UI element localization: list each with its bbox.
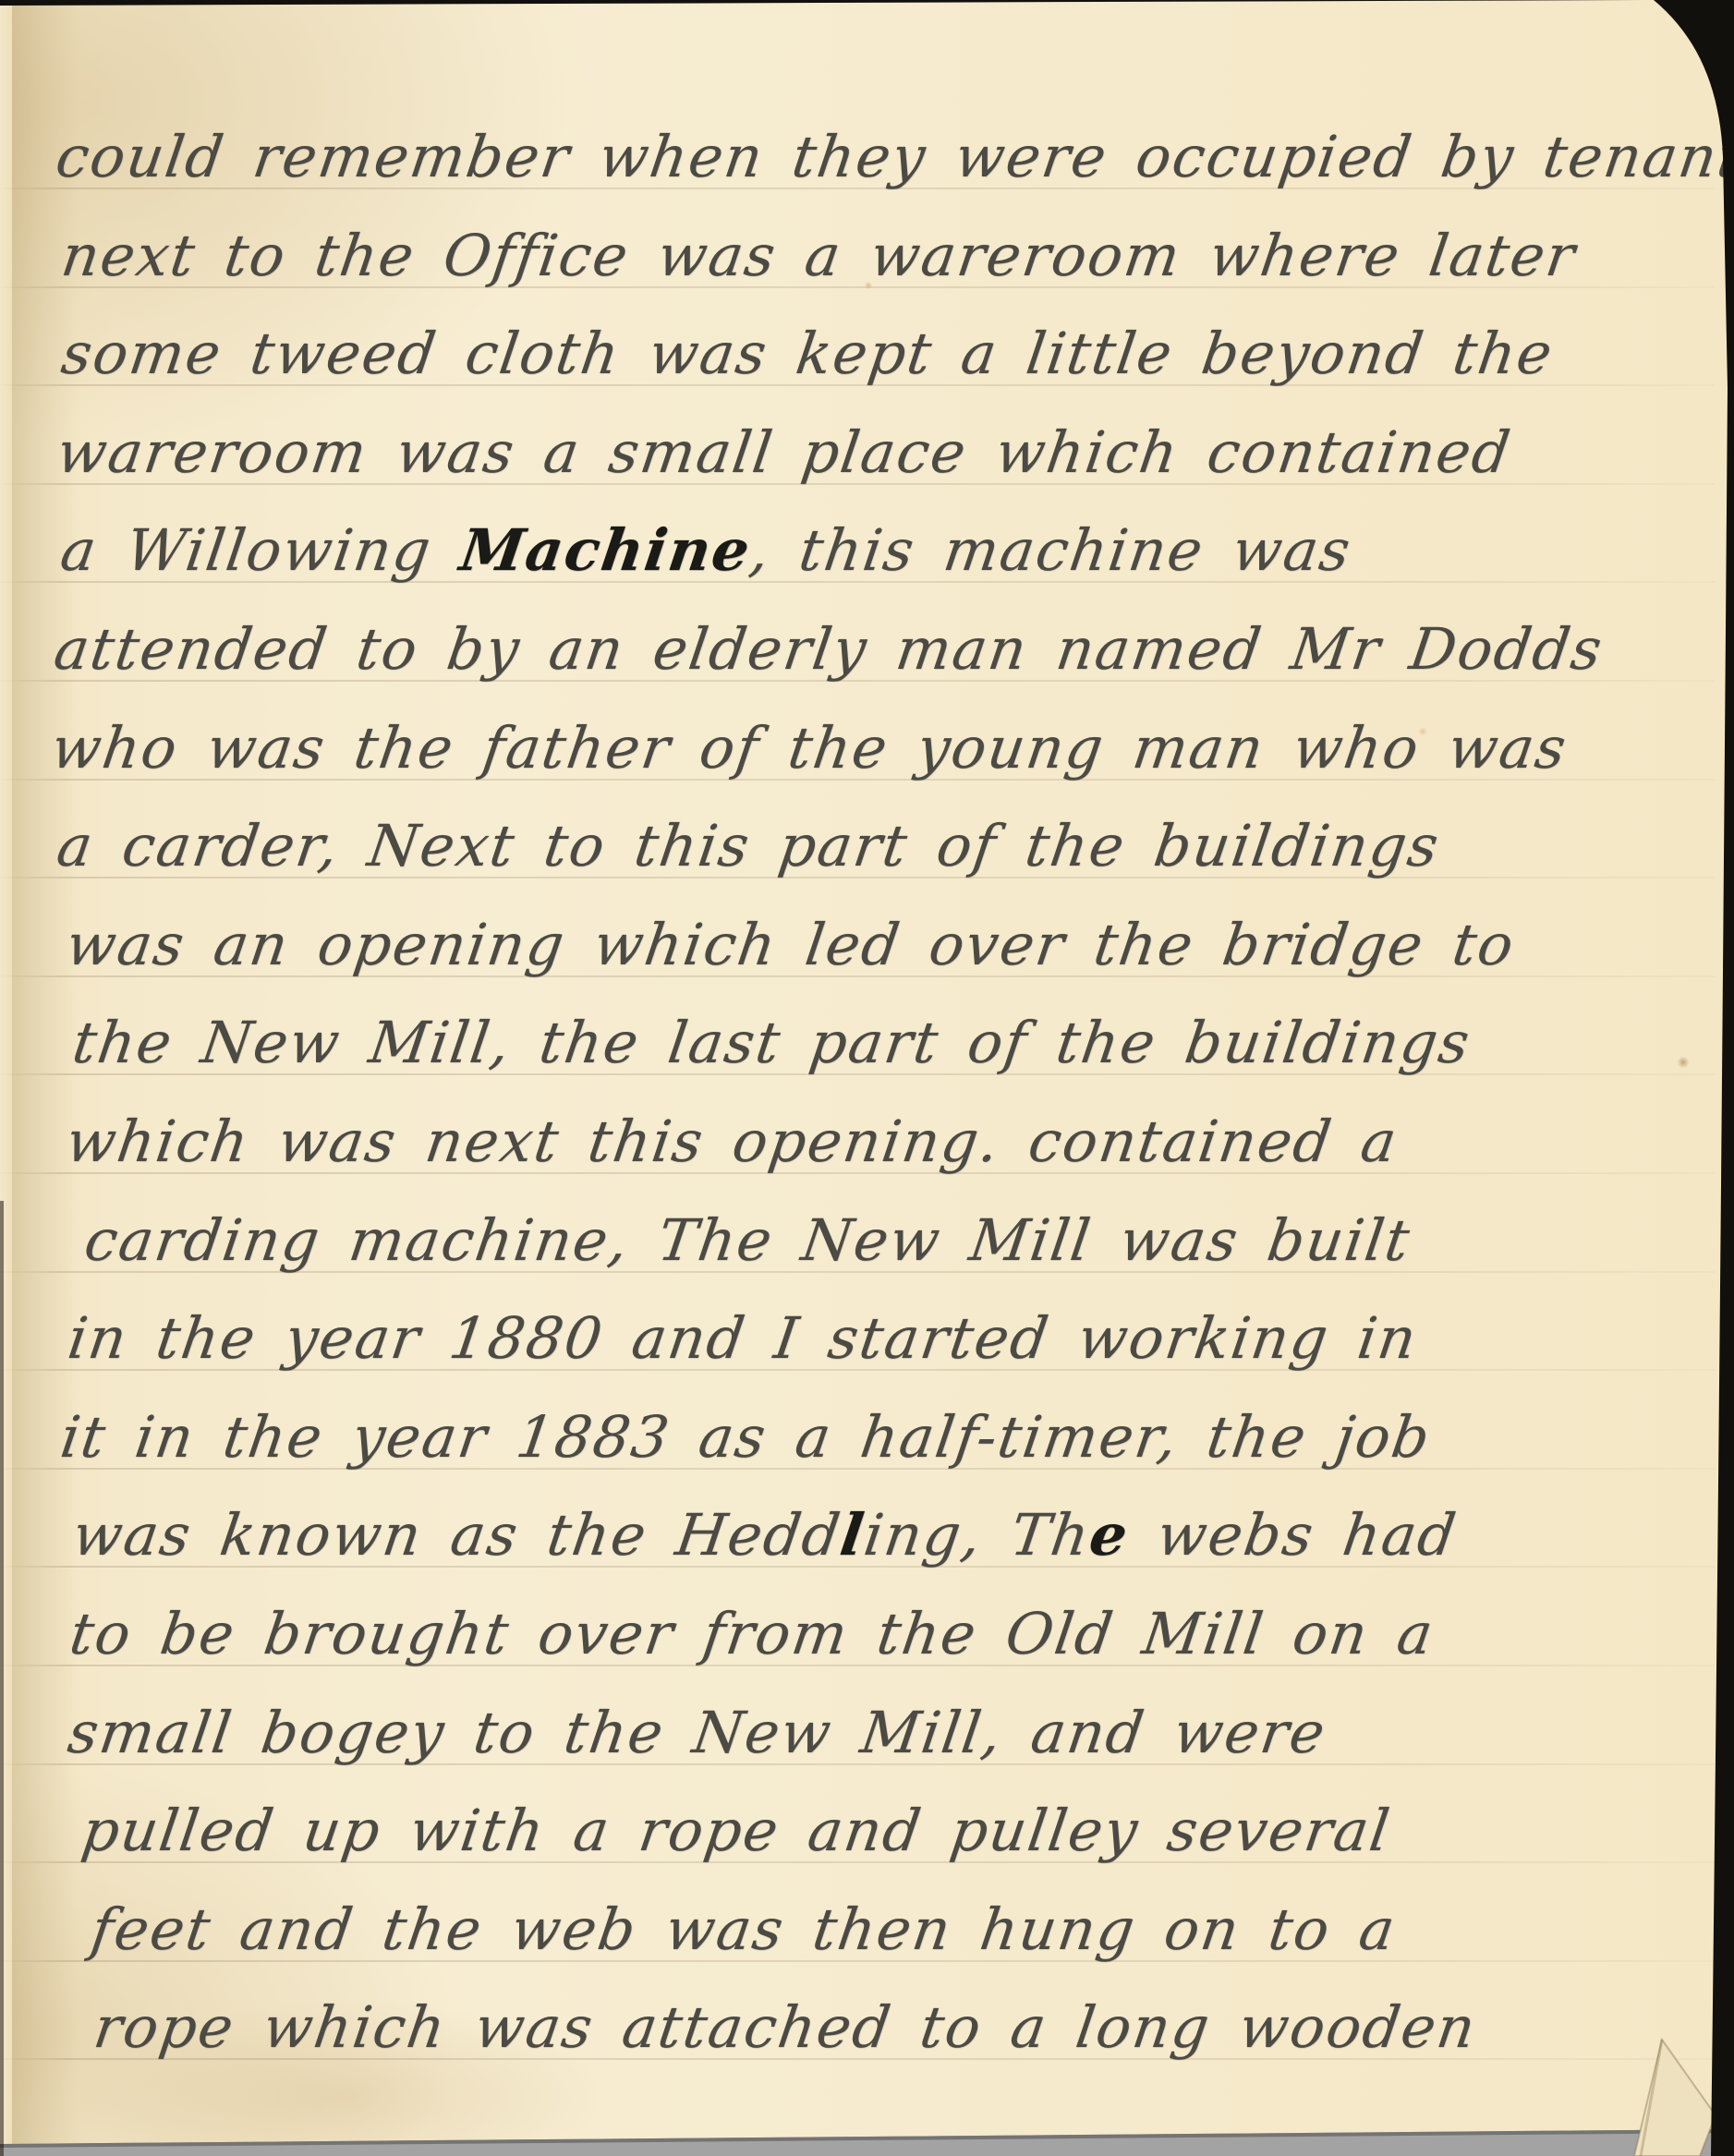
- handwritten-line: which was next this opening. contained a: [63, 1113, 1401, 1170]
- handwritten-line: wareroom was a small place which contain…: [54, 424, 1515, 481]
- handwritten-text: was known as the Hedd: [68, 1501, 845, 1569]
- handwritten-text: was an opening which led over the bridge…: [62, 911, 1519, 978]
- handwritten-line: was known as the Heddling, The webs had: [69, 1507, 1461, 1564]
- handwritten-line: attended to by an elderly man named Mr D…: [51, 621, 1607, 678]
- handwritten-text: a Willowing: [56, 516, 466, 584]
- handwritten-text: a carder, Next to this part of the build…: [53, 812, 1444, 879]
- handwritten-line: some tweed cloth was kept a little beyon…: [58, 325, 1557, 382]
- scanned-notebook-page: could remember when they were occupied b…: [0, 0, 1734, 2156]
- handwritten-text: could remember when they were occupied b…: [52, 123, 1734, 190]
- handwritten-line: a Willowing Machine, this machine was: [57, 522, 1355, 579]
- handwritten-text: in the year 1880 and I started working i…: [64, 1304, 1422, 1372]
- handwritten-line: could remember when they were occupied b…: [53, 128, 1734, 186]
- manuscript-text: could remember when they were occupied b…: [0, 0, 1734, 2156]
- handwritten-line: small bogey to the New Mill, and were: [65, 1704, 1329, 1762]
- handwritten-line: rope which was attached to a long wooden: [91, 1999, 1480, 2056]
- handwritten-text: carding machine, The New Mill was built: [80, 1206, 1415, 1274]
- handwritten-line: was an opening which led over the bridge…: [63, 916, 1519, 974]
- handwritten-text: ing, Th: [860, 1501, 1095, 1569]
- handwritten-line: feet and the web was then hung on to a: [88, 1901, 1400, 1958]
- handwritten-text: wareroom was a small place which contain…: [53, 418, 1515, 486]
- handwritten-text: rope which was attached to a long wooden: [90, 1993, 1481, 2061]
- handwritten-line: pulled up with a rope and pulley several: [79, 1802, 1394, 1859]
- handwritten-line: in the year 1880 and I started working i…: [65, 1310, 1421, 1367]
- handwritten-line: a carder, Next to this part of the build…: [54, 818, 1443, 875]
- handwritten-text: the New Mill, the last part of the build…: [68, 1009, 1474, 1076]
- handwritten-text: some tweed cloth was kept a little beyon…: [57, 320, 1558, 387]
- handwritten-text: who was the father of the young man who …: [47, 714, 1571, 781]
- handwritten-line: the New Mill, the last part of the build…: [69, 1014, 1474, 1072]
- handwritten-line: carding machine, The New Mill was built: [81, 1212, 1414, 1269]
- handwritten-text: which was next this opening. contained a: [62, 1108, 1402, 1175]
- handwritten-line: next to the Office was a wareroom where …: [58, 227, 1580, 285]
- handwritten-text: it in the year 1883 as a half-timer, the…: [56, 1403, 1435, 1471]
- handwritten-line: who was the father of the young man who …: [48, 720, 1570, 777]
- handwritten-text: attended to by an elderly man named Mr D…: [50, 615, 1607, 683]
- handwritten-text: to be brought over from the Old Mill on …: [66, 1600, 1438, 1667]
- handwritten-text: webs had: [1123, 1501, 1461, 1569]
- handwritten-text: pulled up with a rope and pulley several: [78, 1797, 1395, 1864]
- handwritten-line: to be brought over from the Old Mill on …: [67, 1605, 1437, 1663]
- handwritten-line: it in the year 1883 as a half-timer, the…: [57, 1409, 1435, 1466]
- handwritten-text: small bogey to the New Mill, and were: [64, 1699, 1330, 1766]
- overwritten-text: Machine: [456, 516, 756, 584]
- handwritten-text: , this machine was: [746, 516, 1355, 584]
- handwritten-text: feet and the web was then hung on to a: [87, 1896, 1401, 1963]
- handwritten-text: next to the Office was a wareroom where …: [57, 222, 1580, 289]
